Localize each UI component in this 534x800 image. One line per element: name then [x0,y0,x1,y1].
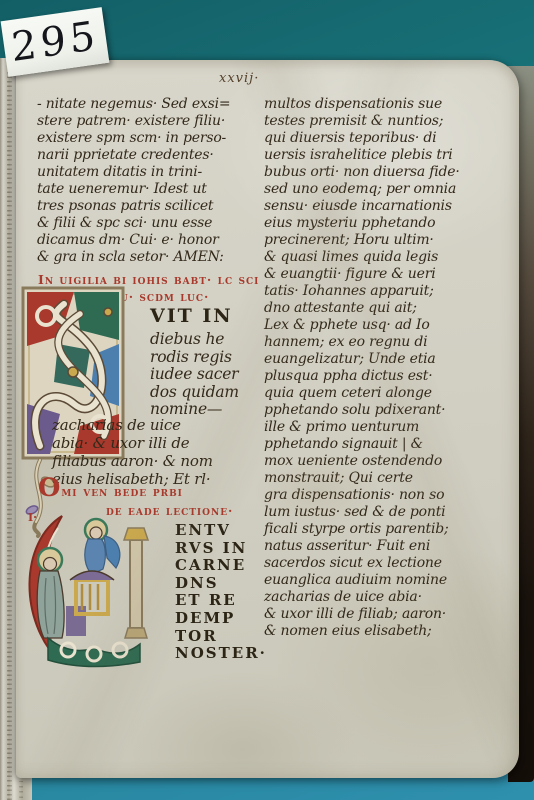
capital-line: DEMP [175,610,267,628]
text-line: tate ueneremur· Idest ut [37,181,265,198]
incipit-lines: diebus herodis regisiudee sacerdos quida… [150,331,239,419]
text-line: gra dispensationis· non so [264,487,500,504]
text-line: abia· & uxor illi de [52,434,213,452]
text-line: zacharias de uice [52,416,213,434]
shelfmark-number: 295 [10,16,100,68]
text-line: sacerdos sicut ex lectione [264,555,500,572]
text-line: unitatem ditatis in trini- [37,164,265,181]
photo-background: { "photo": { "tag_number": "295", "folio… [0,0,534,800]
text-line: pphetando solu pdixerant· [264,402,500,419]
homily-opening-capitals: ENTVRVS INCARNEDNSET REDEMPTORNOSTER· [175,522,267,663]
text-line: pphetando signauit | & [264,436,500,453]
text-line: hannem; ex eo regnu di [264,334,500,351]
gospel-continuation-lines: zacharias de uiceabia· & uxor illi defil… [52,416,213,488]
text-line: uersis israhelitice plebis tri [264,147,500,164]
folio-number: xxvij· [219,72,259,85]
text-line: zacharias de uice abia· [264,589,500,606]
text-line: Lex & pphete usq· ad Io [264,317,500,334]
text-line: & uxor illi de filiab; aaron· [264,606,500,623]
text-line: tatis· Iohannes apparuit; [264,283,500,300]
text-line: existere spm scm· in perso- [37,130,265,147]
text-line: plusqua ppha dictus est· [264,368,500,385]
text-line: & quasi limes quida legis [264,249,500,266]
text-line: sensu· eiusde incarnationis [264,198,500,215]
text-line: dos quidam [150,384,239,402]
capital-line: NOSTER· [175,645,267,663]
text-line: filiabus aaron· & nom [52,452,213,470]
text-line: ficali styrpe ortis parentib; [264,521,500,538]
text-line: dicamus dm· Cui· e· honor [37,232,265,249]
text-line: euanglica audiuim nomine [264,572,500,589]
text-line: tres psonas patris scilicet [37,198,265,215]
text-line: rodis regis [150,349,239,367]
text-line: quia quem ceteri alonge [264,385,500,402]
capital-line: TOR [175,628,267,646]
text-line: - nitate negemus· Sed exsi= [37,96,265,113]
text-line: precinerent; Horu ultim· [264,232,500,249]
text-column-left: - nitate negemus· Sed exsi=stere patrem·… [37,96,265,266]
text-column-right: multos dispensationis suetestes premisit… [264,96,500,640]
text-line: lum iustus· sed & de ponti [264,504,500,521]
capital-line: CARNE [175,557,267,575]
text-line: narii pprietate credentes· [37,147,265,164]
text-line: diebus he [150,331,239,349]
text-line: monstrauit; Qui certe [264,470,500,487]
text-line: bubus orti· non diuersa fide· [264,164,500,181]
incipit-capitals: VIT IN [150,307,233,326]
text-line: dno attestante qui ait; [264,300,500,317]
text-line: & gra in scla setor· AMEN: [37,249,265,266]
capital-line: ET RE [175,592,267,610]
text-line: eius mysteriu pphetando [264,215,500,232]
rubric-homily-line1: Omi ven bede prbi [38,481,183,500]
manuscript-page: xxvij· - nitate negemus· Sed exsi=stere … [16,60,519,778]
text-line: iudee sacer [150,366,239,384]
historiated-initial-v [16,508,174,672]
text-line: euangelizatur; Unde etia [264,351,500,368]
text-line: ille & primo uenturum [264,419,500,436]
text-line: mox ueniente ostendendo [264,453,500,470]
capital-line: ENTV [175,522,267,540]
capital-line: DNS [175,575,267,593]
text-line: multos dispensationis sue [264,96,500,113]
text-line: & nomen eius elisabeth; [264,623,500,640]
text-line: & filii & spc sci· unu esse [37,215,265,232]
text-line: stere patrem· existere filiu· [37,113,265,130]
capital-line: RVS IN [175,540,267,558]
text-line: & euangtii· figure & ueri [264,266,500,283]
text-line: sed uno eodemq; per omnia [264,181,500,198]
text-line: qui diuersis teporibus· di [264,130,500,147]
text-line: natus asseritur· Fuit eni [264,538,500,555]
text-line: testes premisit & nuntios; [264,113,500,130]
